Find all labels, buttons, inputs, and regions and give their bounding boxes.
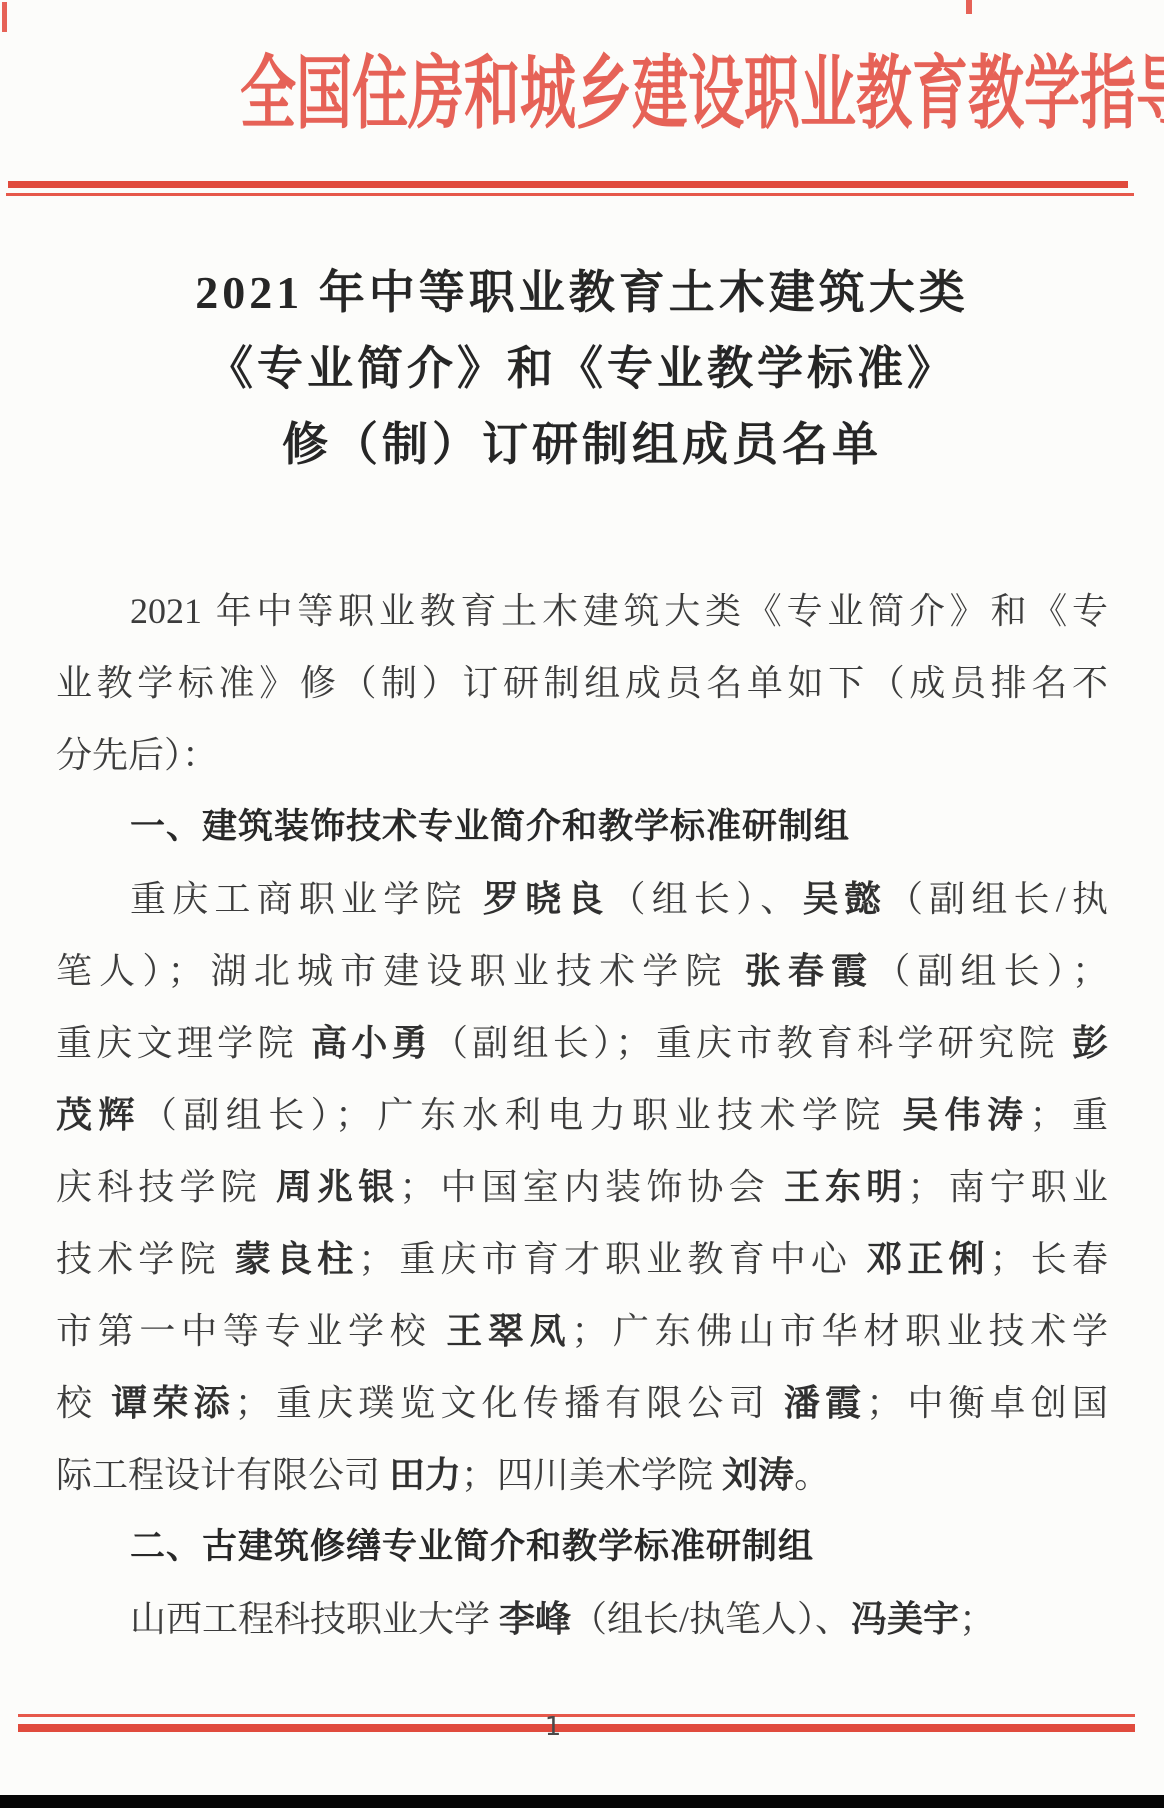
member-name: 冯美宇 [851, 1599, 959, 1639]
member-name: 蒙良柱 [235, 1239, 358, 1279]
text-run: 重庆文理学院 [56, 1023, 311, 1063]
text-line: 笔人）；湖北城市建设职业技术学院 张春霞（副组长）； [56, 935, 1108, 1007]
section-heading: 一、建筑装饰技术专业简介和教学标准研制组 [56, 791, 1108, 863]
text-run: ；长春 [990, 1239, 1108, 1279]
member-name: 刘涛 [722, 1455, 794, 1495]
document-title: 2021 年中等职业教育土木建筑大类 《专业简介》和《专业教学标准》 修（制）订… [0, 255, 1164, 483]
scan-edge-bar [0, 1795, 1164, 1808]
text-run: ；中国室内装饰协会 [399, 1167, 784, 1207]
text-line: 际工程设计有限公司 田力；四川美术学院 刘涛。 [56, 1439, 1108, 1511]
text-line: 业教学标准》修（制）订研制组成员名单如下（成员排名不 [56, 647, 1108, 719]
text-run: 庆科技学院 [56, 1167, 276, 1207]
text-run: （副组长）； [874, 951, 1108, 991]
member-name: 张春霞 [745, 951, 874, 991]
text-run: （副组长）；广东水利电力职业技术学院 [141, 1095, 902, 1135]
text-line: 重庆文理学院 高小勇（副组长）；重庆市教育科学研究院 彭 [56, 1007, 1108, 1079]
text-line: 分先后）： [56, 719, 1108, 791]
text-run: 重庆工商职业学院 [130, 879, 483, 919]
title-line-2: 《专业简介》和《专业教学标准》 [0, 331, 1164, 407]
text-line: 庆科技学院 周兆银；中国室内装饰协会 王东明；南宁职业 [56, 1151, 1108, 1223]
document-page: 全国住房和城乡建设职业教育教学指导委员会 2021 年中等职业教育土木建筑大类 … [0, 0, 1164, 1808]
text-run: 分先后）： [56, 735, 218, 775]
text-run: （副组长）；重庆市教育科学研究院 [432, 1023, 1072, 1063]
text-run: ；中衡卓创国 [866, 1383, 1108, 1423]
text-run: 二、古建筑修缮专业简介和教学标准研制组 [130, 1527, 814, 1566]
text-run: 一、建筑装饰技术专业简介和教学标准研制组 [130, 807, 850, 846]
member-name: 周兆银 [276, 1167, 399, 1207]
text-line: 重庆工商职业学院 罗晓良（组长）、吴懿（副组长/执 [56, 863, 1108, 935]
text-run: 技术学院 [56, 1239, 235, 1279]
member-name: 谭荣添 [111, 1383, 234, 1423]
document-body: 2021 年中等职业教育土木建筑大类《专业简介》和《专业教学标准》修（制）订研制… [56, 575, 1108, 1655]
text-line: 技术学院 蒙良柱；重庆市育才职业教育中心 邓正俐；长春 [56, 1223, 1108, 1295]
scan-artifact [966, 0, 972, 14]
member-name: 高小勇 [311, 1023, 432, 1063]
text-run: （副组长/执 [887, 879, 1108, 919]
member-name: 邓正俐 [866, 1239, 989, 1279]
text-run: ；南宁职业 [907, 1167, 1108, 1207]
member-name: 吴伟涛 [902, 1095, 1029, 1135]
member-name: 潘霞 [784, 1383, 866, 1423]
title-line-1: 2021 年中等职业教育土木建筑大类 [0, 255, 1164, 331]
text-run: 校 [56, 1383, 111, 1423]
text-run: 际工程设计有限公司 [56, 1455, 389, 1495]
member-name: 王翠凤 [446, 1311, 571, 1351]
text-run: 山西工程科技职业大学 [130, 1599, 499, 1639]
text-run: ；四川美术学院 [461, 1455, 722, 1495]
member-name: 田力 [389, 1455, 461, 1495]
text-run: （组长/执笔人）、 [571, 1599, 851, 1639]
text-run: ；重 [1030, 1095, 1108, 1135]
member-name: 王东明 [784, 1167, 907, 1207]
title-line-3: 修（制）订研制组成员名单 [0, 407, 1164, 483]
text-run: 。 [794, 1455, 830, 1495]
text-run: （组长）、 [609, 879, 802, 919]
text-run: 笔人）；湖北城市建设职业技术学院 [56, 951, 745, 991]
text-line: 校 谭荣添；重庆璞览文化传播有限公司 潘霞；中衡卓创国 [56, 1367, 1108, 1439]
header-rule-thick [8, 181, 1128, 188]
page-number: 1 [0, 1712, 1106, 1742]
text-line: 山西工程科技职业大学 李峰（组长/执笔人）、冯美宇； [56, 1583, 1108, 1655]
text-run: 业教学标准》修（制）订研制组成员名单如下（成员排名不 [56, 663, 1108, 703]
text-line: 市第一中等专业学校 王翠凤；广东佛山市华材职业技术学 [56, 1295, 1108, 1367]
text-run: 2021 年中等职业教育土木建筑大类《专业简介》和《专 [130, 591, 1108, 631]
member-name: 罗晓良 [483, 879, 610, 919]
text-line: 2021 年中等职业教育土木建筑大类《专业简介》和《专 [56, 575, 1108, 647]
text-run: 市第一中等专业学校 [56, 1311, 446, 1351]
member-name: 彭 [1072, 1023, 1108, 1063]
header-rule-thin [6, 193, 1134, 196]
section-heading: 二、古建筑修缮专业简介和教学标准研制组 [56, 1511, 1108, 1583]
text-run: ；重庆璞览文化传播有限公司 [235, 1383, 784, 1423]
member-name: 李峰 [499, 1599, 571, 1639]
member-name: 吴懿 [803, 879, 887, 919]
organization-name: 全国住房和城乡建设职业教育教学指导委员会 [240, 40, 1164, 150]
text-run: ；广东佛山市华材职业技术学 [571, 1311, 1108, 1351]
letterhead: 全国住房和城乡建设职业教育教学指导委员会 [0, 40, 1164, 150]
scan-artifact [2, 2, 7, 32]
text-run: ；重庆市育才职业教育中心 [358, 1239, 866, 1279]
member-name: 茂辉 [56, 1095, 141, 1135]
text-run: ； [959, 1599, 995, 1639]
text-line: 茂辉（副组长）；广东水利电力职业技术学院 吴伟涛；重 [56, 1079, 1108, 1151]
